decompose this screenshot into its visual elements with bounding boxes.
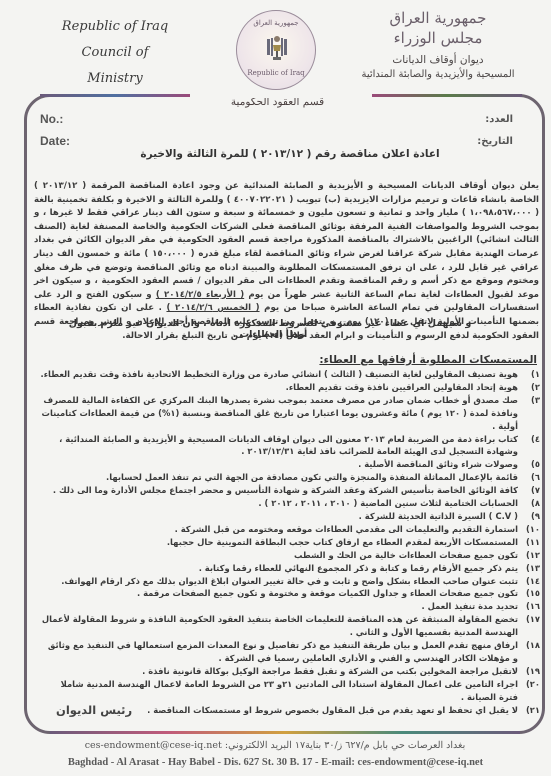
requirement-item: ١)هوية تصنيف المقاولين لغاية التصنيف ( ا… bbox=[40, 368, 540, 381]
item-number: ١٦) bbox=[518, 600, 540, 613]
item-text: ارفاق منهج تقدم العمل و بيان طريقة التنف… bbox=[40, 639, 518, 665]
requirement-item: ١٩)لاتقبل مراجعة المخولين بكتب من الشركة… bbox=[40, 665, 540, 678]
item-text: تثبت عنوان صاحب العطاء بشكل واضح و ثابت … bbox=[40, 575, 518, 588]
item-text: المستمسكات الأربعة لمقدم العطاء مع ارفاق… bbox=[40, 536, 518, 549]
requirement-item: ٥)وصولات شراء وثائق المناقصة الأصلية . bbox=[40, 458, 540, 471]
requirement-item: ٧)كافة الوثائق الخاصة بتأسيس الشركة وعقد… bbox=[40, 484, 540, 497]
item-text: تحديد مدة تنفيذ العمل . bbox=[40, 600, 518, 613]
item-text: يتم ذكر جميع الأرقام رقما و كتابة و ذكر … bbox=[40, 562, 518, 575]
header-english-line-2: Council of Ministry bbox=[55, 40, 175, 92]
requirement-item: ٨)الحسابات الختامية لثلاث سنين الماضية (… bbox=[40, 497, 540, 510]
requirements-list: ١)هوية تصنيف المقاولين لغاية التصنيف ( ا… bbox=[40, 368, 540, 716]
frame-accent-right bbox=[372, 94, 522, 97]
item-number: ٦) bbox=[518, 471, 540, 484]
item-text: قائمة بالإعمال المماثلة المنفذة والمنجزة… bbox=[40, 471, 518, 484]
header-arabic-line-1: جمهورية العراق bbox=[343, 8, 533, 28]
document-page: Republic of Iraq Council of Ministry جمه… bbox=[0, 0, 551, 776]
item-number: ١) bbox=[518, 368, 540, 381]
item-number: ٥) bbox=[518, 458, 540, 471]
item-text: ( C.V ) السيرة الذاتية الحديثة للشركة . bbox=[40, 510, 518, 523]
item-number: ٢) bbox=[518, 381, 540, 394]
item-number: ١١) bbox=[518, 536, 540, 549]
item-number: ٢١) bbox=[518, 704, 540, 717]
footer-english: Baghdad - Al Arasat - Hay Babel - Dis. 6… bbox=[20, 757, 531, 768]
header-arabic: جمهورية العراق مجلس الوزراء ديوان أوقاف … bbox=[343, 8, 533, 82]
item-text: تكون جميع صفحات العطاء و جداول الكميات م… bbox=[40, 587, 518, 600]
item-text: كافة الوثائق الخاصة بتأسيس الشركة وعقد ا… bbox=[40, 484, 518, 497]
frame-gap bbox=[190, 90, 372, 98]
date-label-ar: التاريخ: bbox=[477, 136, 513, 147]
item-text: الحسابات الختامية لثلاث سنين الماضية ( ٢… bbox=[40, 497, 518, 510]
header-arabic-line-4: المسيحية والأيزيدية والصابئة المندائية bbox=[343, 68, 533, 82]
item-text: وصولات شراء وثائق المناقصة الأصلية . bbox=[40, 458, 518, 471]
item-text: صك مصدق أو خطاب ضمان صادر من مصرف معتمد … bbox=[40, 394, 518, 433]
header-arabic-line-2: مجلس الوزراء bbox=[343, 28, 533, 48]
number-label: No.: bbox=[40, 112, 63, 126]
item-number: ١٥) bbox=[518, 587, 540, 600]
requirement-item: ١٠)استمارة التقديم والتعليمات الى مقدمي … bbox=[40, 523, 540, 536]
item-text: استمارة التقديم والتعليمات الى مقدمي الع… bbox=[40, 523, 518, 536]
item-text: هوية إتحاد المقاولين العراقيين نافذة وقت… bbox=[40, 381, 518, 394]
requirements-title: المستمسكات المطلوبة أرفاقها مع العطاء: bbox=[319, 354, 537, 366]
requirement-item: ١١)المستمسكات الأربعة لمقدم العطاء مع ار… bbox=[40, 536, 540, 549]
item-text: لاتقبل مراجعة المخولين بكتب من الشركة و … bbox=[40, 665, 518, 678]
header-arabic-line-3: ديوان أوقاف الديانات bbox=[343, 52, 533, 68]
header-english: Republic of Iraq Council of Ministry bbox=[55, 14, 175, 92]
item-number: ٢٠) bbox=[518, 678, 540, 704]
frame-accent-bottom bbox=[50, 731, 520, 734]
iraq-emblem: جمهورية العراق Republic of Iraq bbox=[236, 10, 316, 90]
requirement-item: ٦)قائمة بالإعمال المماثلة المنفذة والمنج… bbox=[40, 471, 540, 484]
emblem-bottom-text: Republic of Iraq bbox=[237, 69, 315, 77]
item-number: ٨) bbox=[518, 497, 540, 510]
opening-date: ( الخميس ٢٠١٤/٢/٦ ) bbox=[166, 303, 259, 313]
item-text: هوية تصنيف المقاولين لغاية التصنيف ( الث… bbox=[40, 368, 518, 381]
requirement-item: ٣)صك مصدق أو خطاب ضمان صادر من مصرف معتم… bbox=[40, 394, 540, 433]
requirement-item: ٢٠)اجراء التامين على اعمال المقاولة استن… bbox=[40, 678, 540, 704]
item-number: ٣) bbox=[518, 394, 540, 433]
body-text-1: يعلن ديوان أوقاف الديانات المسيحية و الأ… bbox=[34, 181, 539, 300]
footer-arabic: بغداد العرصات حي بابل م/٦٢٧ ز/٣٠ بناية١٧… bbox=[40, 740, 510, 751]
item-text: تكون جميع صفحات العطاءات خالية من الحك و… bbox=[40, 549, 518, 562]
requirement-item: ٢)هوية إتحاد المقاولين العراقيين نافذة و… bbox=[40, 381, 540, 394]
item-number: ١٤) bbox=[518, 575, 540, 588]
item-text: تخضع المقاولة المنبثقة عن هذه المناقصة ل… bbox=[40, 613, 518, 639]
requirement-item: ٩)( C.V ) السيرة الذاتية الحديثة للشركة … bbox=[40, 510, 540, 523]
frame-accent-left bbox=[40, 94, 190, 97]
announcement-title: اعادة اعلان مناقصة رقم ( ٢٠١٣/١٢ ) للمرة… bbox=[100, 148, 480, 160]
item-number: ١٩) bbox=[518, 665, 540, 678]
item-number: ٩) bbox=[518, 510, 540, 523]
requirement-item: ١٣)يتم ذكر جميع الأرقام رقما و كتابة و ذ… bbox=[40, 562, 540, 575]
header-english-line-1: Republic of Iraq bbox=[55, 14, 175, 40]
item-text: اجراء التامين على اعمال المقاولة استنادا… bbox=[40, 678, 518, 704]
item-text: كتاب براءة ذمة من الضريبة لعام ٢٠١٣ معنو… bbox=[40, 433, 518, 459]
item-number: ٤) bbox=[518, 433, 540, 459]
requirement-item: ١٤)تثبت عنوان صاحب العطاء بشكل واضح و ثا… bbox=[40, 575, 540, 588]
number-label-ar: العدد: bbox=[485, 114, 513, 125]
emblem-top-text: جمهورية العراق bbox=[237, 19, 315, 27]
requirement-item: ١٥)تكون جميع صفحات العطاء و جداول الكميا… bbox=[40, 587, 540, 600]
eagle-emblem-icon bbox=[265, 33, 289, 65]
item-number: ١٣) bbox=[518, 562, 540, 575]
signature: رئيس الديوان bbox=[56, 703, 132, 717]
requirement-item: ٤)كتاب براءة ذمة من الضريبة لعام ٢٠١٣ مع… bbox=[40, 433, 540, 459]
requirement-item: ١٨)ارفاق منهج تقدم العمل و بيان طريقة ال… bbox=[40, 639, 540, 665]
item-number: ١٠) bbox=[518, 523, 540, 536]
requirement-item: ١٦)تحديد مدة تنفيذ العمل . bbox=[40, 600, 540, 613]
item-number: ١٨) bbox=[518, 639, 540, 665]
requirement-item: ١٢)تكون جميع صفحات العطاءات خالية من الح… bbox=[40, 549, 540, 562]
date-label: Date: bbox=[40, 134, 70, 148]
deadline-date: ( الأربعاء ٢٠١٤/٢/٥ ) bbox=[156, 290, 244, 300]
item-number: ١٢) bbox=[518, 549, 540, 562]
item-number: ١٧) bbox=[518, 613, 540, 639]
requirement-item: ١٧)تخضع المقاولة المنبثقة عن هذه المناقص… bbox=[40, 613, 540, 639]
closing-note: و سيهمل اي عطاء غير مستوفي للشروط المذكو… bbox=[60, 318, 480, 340]
item-number: ٧) bbox=[518, 484, 540, 497]
